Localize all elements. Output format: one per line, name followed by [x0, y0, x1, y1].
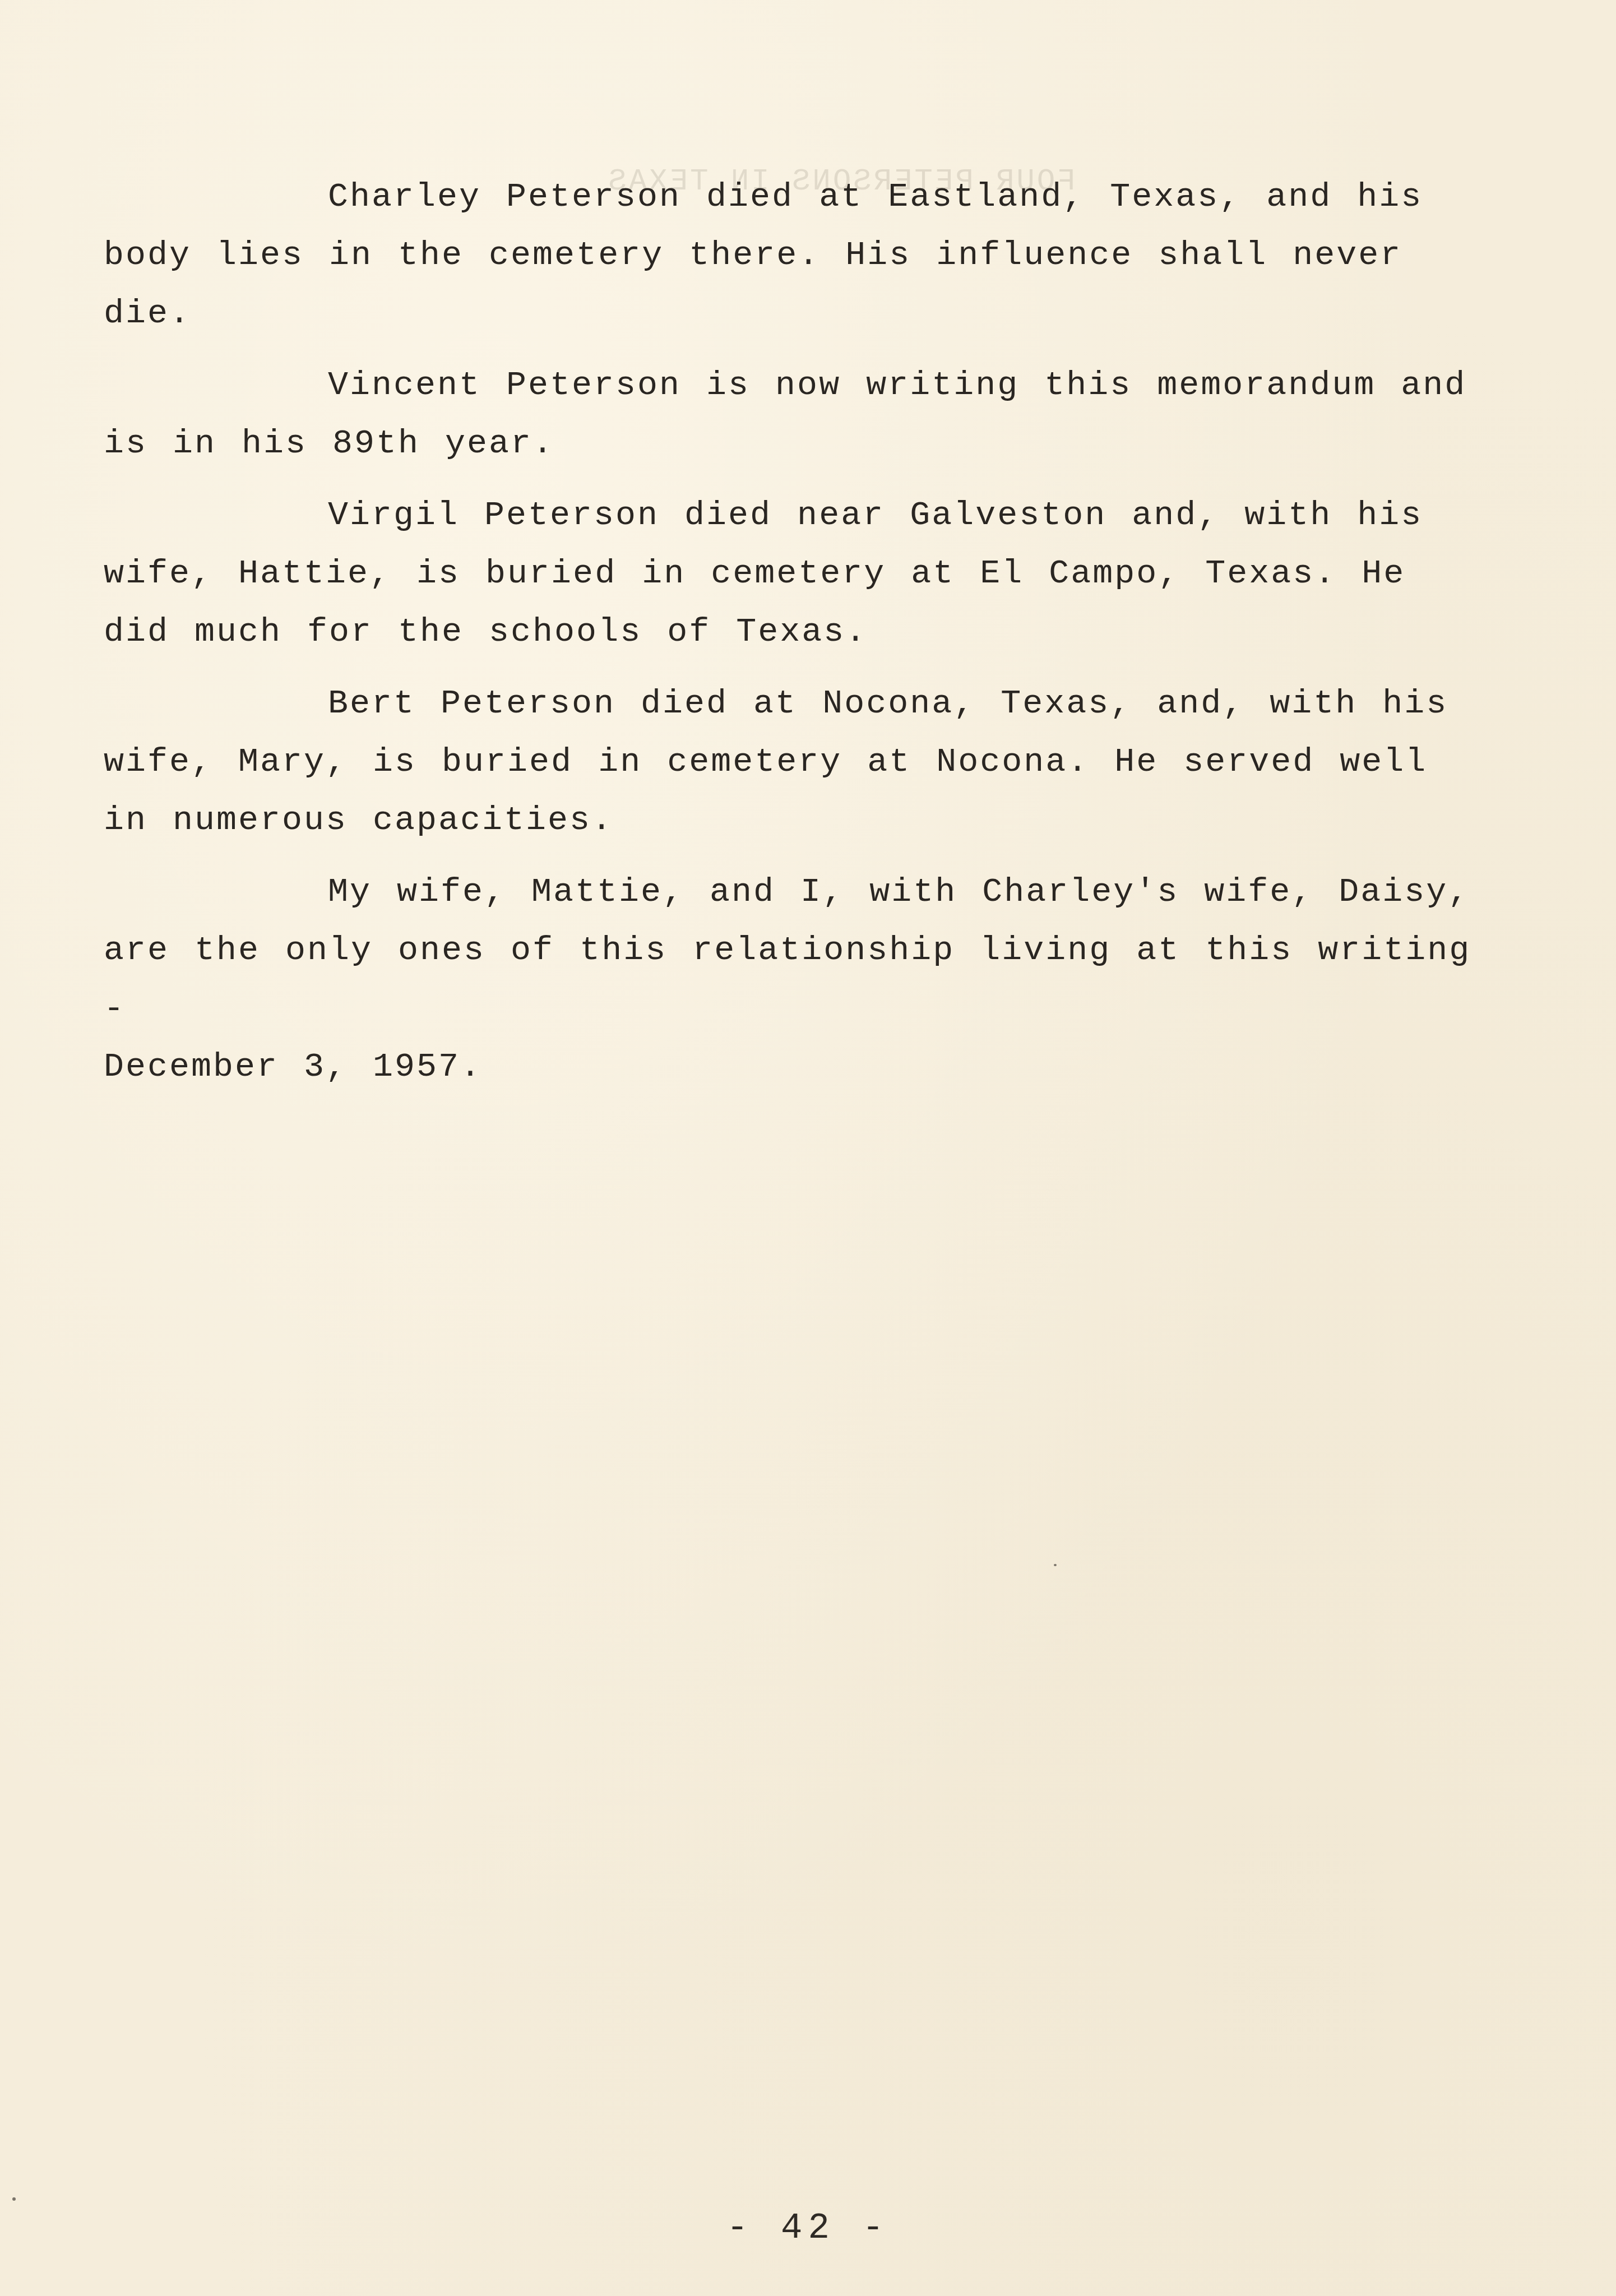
paragraph-virgil: Virgil Peterson died near Galveston and,… — [104, 487, 1494, 661]
paragraph-bert: Bert Peterson died at Nocona, Texas, and… — [104, 675, 1494, 850]
text-line: die. — [104, 285, 1494, 343]
text-line: are the only ones of this relationship l… — [104, 922, 1494, 1038]
document-page: FOUR PETERSONS IN TEXAS Charley Peterson… — [0, 0, 1616, 2296]
text-line: in numerous capacities. — [104, 791, 1494, 850]
text-line: is in his 89th year. — [104, 415, 1494, 473]
paragraph-vincent: Vincent Peterson is now writing this mem… — [104, 357, 1494, 473]
text-line: wife, Mary, is buried in cemetery at Noc… — [104, 733, 1494, 791]
text-line: Bert Peterson died at Nocona, Texas, and… — [104, 675, 1494, 733]
text-line: My wife, Mattie, and I, with Charley's w… — [104, 863, 1494, 922]
text-line: wife, Hattie, is buried in cemetery at E… — [104, 545, 1494, 603]
text-line: Vincent Peterson is now writing this mem… — [104, 357, 1494, 415]
text-line: Charley Peterson died at Eastland, Texas… — [104, 168, 1494, 226]
scan-speck — [1054, 1564, 1057, 1566]
paragraph-charley: Charley Peterson died at Eastland, Texas… — [104, 168, 1494, 343]
text-line: body lies in the cemetery there. His inf… — [104, 226, 1494, 285]
text-line: December 3, 1957. — [104, 1038, 1494, 1096]
scan-speck — [12, 2197, 16, 2201]
document-body: Charley Peterson died at Eastland, Texas… — [104, 168, 1494, 1110]
paragraph-closing: My wife, Mattie, and I, with Charley's w… — [104, 863, 1494, 1096]
text-line: Virgil Peterson died near Galveston and,… — [104, 487, 1494, 545]
text-line: did much for the schools of Texas. — [104, 603, 1494, 661]
page-number: - 42 - — [0, 2209, 1616, 2249]
